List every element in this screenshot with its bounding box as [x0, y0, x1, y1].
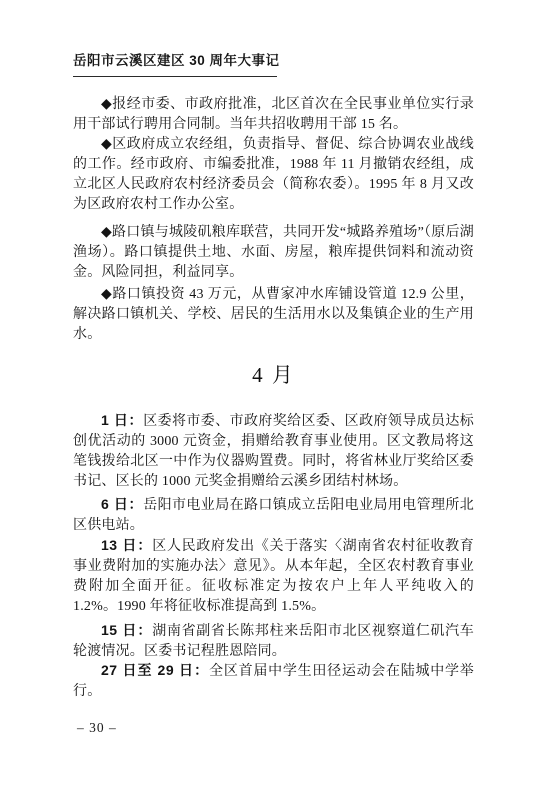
- event-date: 27 日至 29 日：: [101, 662, 209, 678]
- event-date: 15 日：: [101, 622, 152, 638]
- event-entry: 6 日：岳阳市电业局在路口镇成立岳阳电业局用电管理所北区供电站。: [73, 494, 474, 536]
- running-head-title: 岳阳市云溪区建区 30 周年大事记: [73, 53, 280, 68]
- bullet-paragraph: ◆报经市委、市政府批准，北区首次在全民事业单位实行录用干部试行聘用合同制。当年共…: [73, 95, 474, 135]
- month-heading: 4 月: [73, 362, 474, 388]
- event-entry: 13 日：区人民政府发出《关于落实〈湖南省农村征收教育事业费附加的实施办法〉意见…: [73, 535, 474, 617]
- event-date: 1 日：: [101, 412, 143, 428]
- page-content: 岳阳市云溪区建区 30 周年大事记 ◆报经市委、市政府批准，北区首次在全民事业单…: [73, 0, 474, 793]
- event-entry: 1 日：区委将市委、市政府奖给区委、区政府领导成员达标创优活动的 3000 元资…: [73, 410, 474, 492]
- running-head: 岳阳市云溪区建区 30 周年大事记: [73, 52, 277, 77]
- page-number: – 30 –: [77, 719, 117, 737]
- bullet-paragraph: ◆路口镇与城陵矶粮库联营，共同开发“城路养殖场”（原后湖渔场）。路口镇提供土地、…: [73, 223, 474, 283]
- event-date: 6 日：: [101, 496, 143, 512]
- event-entry: 15 日：湖南省副省长陈邦柱来岳阳市北区视察道仁矶汽车轮渡情况。区委书记程胜恩陪…: [73, 620, 474, 662]
- bullet-paragraph: ◆区政府成立农经组，负责指导、督促、综合协调农业战线的工作。经市政府、市编委批准…: [73, 135, 474, 215]
- book-page: 岳阳市云溪区建区 30 周年大事记 ◆报经市委、市政府批准，北区首次在全民事业单…: [0, 0, 548, 793]
- event-date: 13 日：: [101, 537, 152, 553]
- event-entry: 27 日至 29 日：全区首届中学生田径运动会在陆城中学举行。: [73, 660, 474, 702]
- bullet-paragraph: ◆路口镇投资 43 万元，从曹家冲水库铺设管道 12.9 公里，解决路口镇机关、…: [73, 285, 474, 345]
